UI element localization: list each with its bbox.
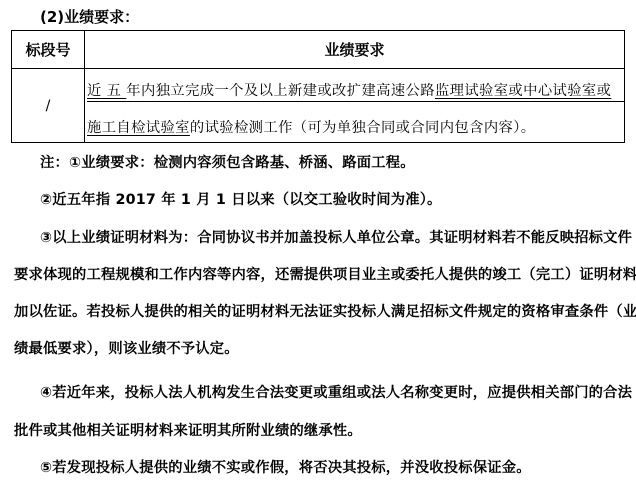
note-3-line-1: ③以上业绩证明材料为：合同协议书并加盖投标人单位公章。其证明材料若不能反映招标文…	[40, 227, 632, 249]
requirement-cell: 近 五 年内独立完成一个及以上新建或改扩建高速公路监理试验室或中心试验室或 施工…	[85, 69, 625, 143]
section-heading: (2)业绩要求：	[40, 6, 139, 28]
requirement-text: 年内独立完成一个及以上新建或改扩建高速公路	[126, 83, 435, 99]
note-5: ⑤若发现投标人提供的业绩不实或作假，将否决其投标，并没收投标保证金。	[40, 457, 531, 479]
requirement-lab-type: 监理试验室或中心试验室或	[435, 83, 611, 99]
requirement-lab-type: 施工自检试验室	[87, 120, 190, 136]
column-header-lot-number: 标段号	[12, 31, 85, 69]
requirement-line-1: 近 五 年内独立完成一个及以上新建或改扩建高速公路监理试验室或中心试验室或	[87, 81, 624, 102]
requirement-line-2: 施工自检试验室的试验检测工作（可为单独合同或合同内包含内容）。	[87, 118, 535, 138]
performance-requirements-table: 标段号 业绩要求 / 近 五 年内独立完成一个及以上新建或改扩建高速公路监理试验…	[11, 30, 625, 143]
note-3-line-2: 要求体现的工程规模和工作内容等内容，还需提供项目业主或委托人提供的竣工（完工）证…	[14, 264, 636, 286]
requirement-text: 的试验检测工作（可为单独合同或合同内包含内容）。	[190, 120, 536, 136]
table-header-row: 标段号 业绩要求	[12, 31, 625, 69]
note-1: 注：①业绩要求：检测内容须包含路基、桥涵、路面工程。	[40, 152, 415, 174]
note-4-line-2: 批件或其他相关证明材料来证明其所附业绩的继承性。	[14, 420, 362, 442]
note-3-line-4: 绩最低要求），则该业绩不予认定。	[14, 338, 239, 360]
note-3-line-3: 加以佐证。若投标人提供的相关的证明材料无法证实投标人满足招标文件规定的资格审查条…	[14, 301, 636, 323]
table-row: / 近 五 年内独立完成一个及以上新建或改扩建高速公路监理试验室或中心试验室或 …	[12, 69, 625, 143]
column-header-performance-requirement: 业绩要求	[85, 31, 625, 69]
requirement-years-blank: 五	[102, 83, 127, 99]
lot-number-cell: /	[12, 69, 85, 143]
requirement-text: 近	[87, 83, 102, 99]
note-4-line-1: ④若近年来，投标人法人机构发生合法变更或重组或法人名称变更时，应提供相关部门的合…	[40, 382, 632, 404]
note-2: ②近五年指 2017 年 1 月 1 日以来（以交工验收时间为准）。	[40, 189, 442, 211]
